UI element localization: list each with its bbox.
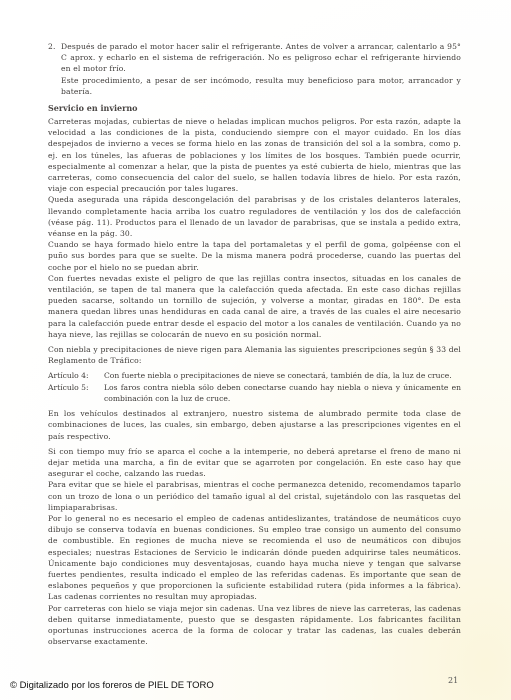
paragraph-snow-chains: Por lo general no es necesario el empleo… <box>48 513 461 603</box>
article-5: Artículo 5: Los faros contra niebla sólo… <box>48 382 461 404</box>
paragraph-roads: Carreteras mojadas, cubiertas de nieve o… <box>48 116 461 194</box>
article-label: Artículo 5: <box>48 382 104 404</box>
article-text: Los faros contra niebla sólo deben conec… <box>104 382 461 404</box>
paragraph-ice-trunk: Cuando se haya formado hielo entre la ta… <box>48 239 461 273</box>
paragraph-defrost: Queda asegurada una rápida descongelació… <box>48 194 461 239</box>
paragraph-parking-cold: Si con tiempo muy frío se aparca el coch… <box>48 446 461 480</box>
item-2-paragraph-1: Después de parado el motor hacer salir e… <box>61 41 461 75</box>
numbered-item-2: 2. Después de parado el motor hacer sali… <box>48 41 461 97</box>
paragraph-snow-grilles: Con fuertes nevadas existe el peligro de… <box>48 273 461 340</box>
item-number: 2. <box>48 41 61 97</box>
digitization-credit: © Digitalizado por los foreros de PIEL D… <box>10 680 214 691</box>
page-number: 21 <box>448 676 458 685</box>
section-heading: Servicio en invierno <box>48 103 461 113</box>
article-text: Con fuerte niebla o precipitaciones de n… <box>104 370 461 381</box>
article-4: Artículo 4: Con fuerte niebla o precipit… <box>48 370 461 381</box>
document-page: 2. Después de parado el motor hacer sali… <box>48 41 461 647</box>
paragraph-ice-roads: Por carreteras con hielo se viaja mejor … <box>48 603 461 648</box>
paragraph-foreign-vehicles: En los vehículos destinados al extranjer… <box>48 408 461 442</box>
article-label: Artículo 4: <box>48 370 104 381</box>
paragraph-fog-intro: Con niebla y precipitaciones de nieve ri… <box>48 344 461 366</box>
paragraph-windshield-cover: Para evitar que se hiele el parabrisas, … <box>48 479 461 513</box>
item-2-paragraph-2: Este procedimiento, a pesar de ser incóm… <box>61 75 461 97</box>
